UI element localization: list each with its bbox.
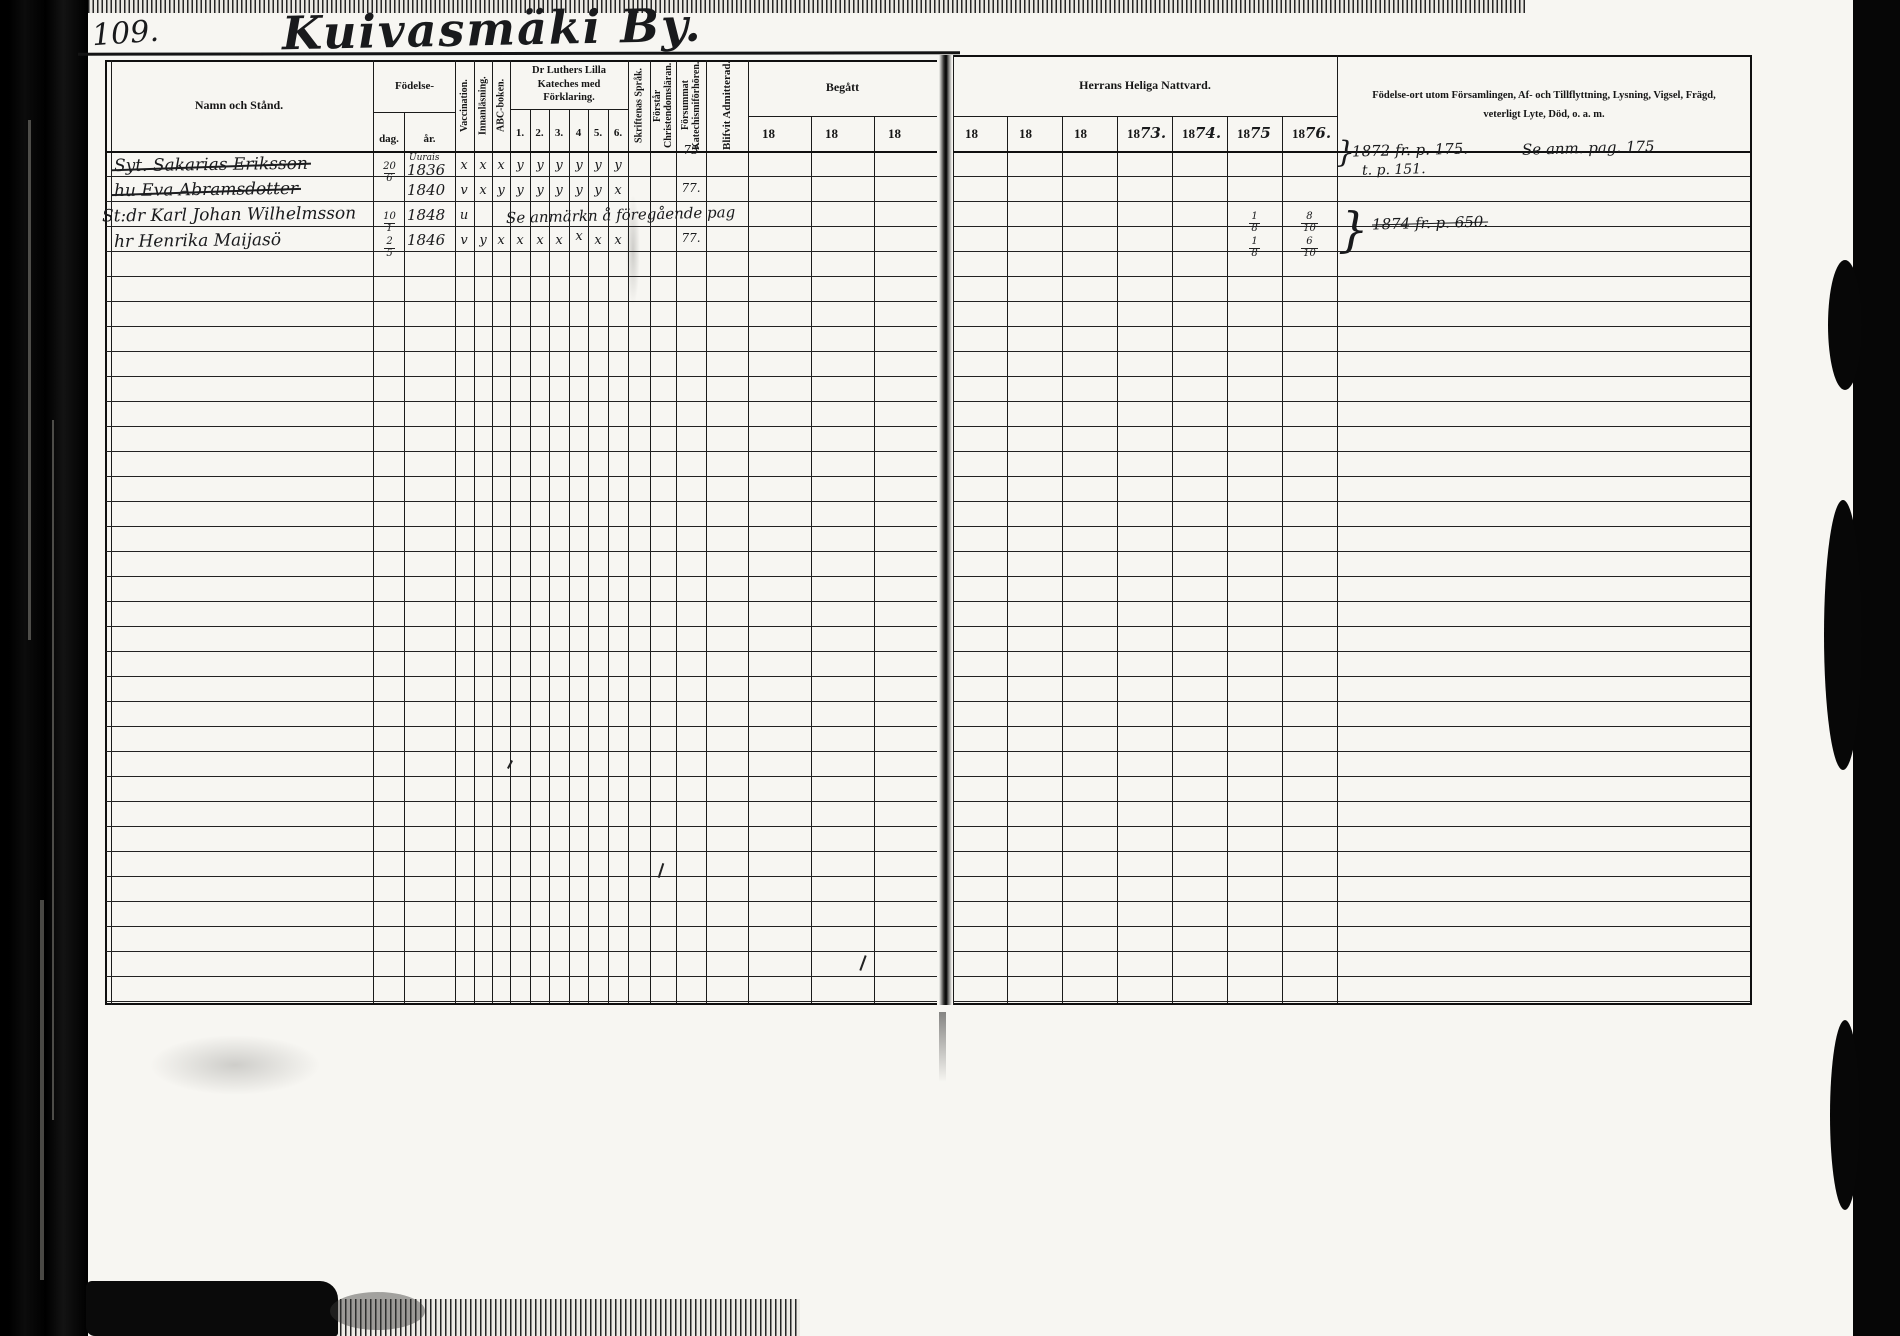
check-mark: v [457, 183, 471, 198]
check-mark: y [494, 183, 508, 198]
header-abc-boken: ABC-boken. [492, 60, 510, 151]
written-year: 74. [1195, 124, 1221, 144]
annotation-from-page: 1872 fr. p. 175. [1352, 139, 1469, 160]
annotation-brace: } [1338, 199, 1369, 261]
header-begatt-year-1: 18 [748, 117, 811, 151]
forsummat-note: 77. [676, 181, 706, 195]
header-fodelseort: Födelse-ort utom Församlingen, Af- och T… [1338, 60, 1750, 151]
printed-18: 18 [1127, 126, 1140, 143]
header-skriftenas-sprak: Skriftenas Språk. [628, 60, 650, 151]
row-name: hu Eva Abramsdotter [114, 180, 298, 200]
check-mark: x [476, 183, 490, 198]
header-nattvard-year-7: 1876. [1282, 117, 1337, 151]
row-birth-year: 1836 [407, 161, 445, 179]
header-blifvit-admitterad: Blifvit Admitterad. [706, 60, 748, 151]
header-nattvard-year-1: 18 [953, 117, 1007, 151]
check-mark: y [513, 183, 527, 198]
check-mark: y [533, 158, 547, 173]
pencil-smudge [150, 1035, 320, 1095]
printed-18: 18 [1237, 126, 1250, 143]
header-nattvard-year-2: 18 [1007, 117, 1062, 151]
binding-gutter [939, 55, 952, 1005]
check-mark: x [552, 233, 566, 248]
table-rule [105, 1003, 937, 1005]
header-kateches-4: 4 [569, 115, 588, 151]
scan-smear-bottom-left [86, 1281, 338, 1336]
header-begatt-year-2: 18 [811, 117, 874, 151]
row-birth-day: 206 [376, 154, 403, 184]
scan-edge-left [0, 0, 88, 1336]
header-namn: Namn och Stånd. [106, 60, 372, 151]
annotation-to-page: t. p. 151. [1362, 161, 1426, 179]
header-vaccination: Vaccination. [455, 60, 474, 151]
scan-streak [52, 420, 54, 1120]
scan-streak [28, 120, 31, 640]
header-kateches-3: 3. [549, 115, 569, 151]
header-nattvard-year-5: 1874. [1172, 117, 1227, 151]
scan-streak [40, 900, 44, 1280]
check-mark: x [476, 158, 490, 173]
printed-18: 18 [1292, 126, 1305, 143]
check-mark: y [476, 233, 490, 248]
row-name: St:dr Karl Johan Wilhelmsson [102, 205, 356, 225]
header-nattvard-year-6: 1875 [1227, 117, 1282, 151]
check-mark: x [457, 158, 471, 173]
annotation-see-note: Se anm. pag. 175 [1522, 137, 1655, 158]
ledger-table: Namn och Stånd. Födelse- dag. år. Vaccin… [98, 55, 1758, 1013]
binding-gutter-tail [939, 1012, 946, 1082]
header-forstar-christendomslaran: Förstår Christendomsläran. [650, 60, 676, 151]
scanned-church-record-page: 109. Kuivasmäki By. [0, 0, 1900, 1336]
check-mark: y [591, 183, 605, 198]
header-nattvard-year-3: 18 [1062, 117, 1117, 151]
check-mark: x [611, 233, 625, 248]
check-mark: v [457, 233, 471, 248]
header-innanlasning: Innanläsning. [474, 60, 492, 151]
check-mark: x [611, 183, 625, 198]
table-rule [1750, 55, 1752, 1005]
annotation-from-page-struck: 1874 fr. p. 650. [1372, 212, 1489, 233]
header-kateches-2: 2. [530, 115, 549, 151]
nattvard-1876: 610 [1282, 229, 1337, 259]
scan-smear-bottom-left2 [330, 1292, 425, 1330]
check-mark: y [552, 183, 566, 198]
written-year: 76. [1305, 124, 1331, 144]
header-begatt: Begått [748, 60, 937, 116]
row-lines-right [954, 152, 1750, 1003]
header-forsummat-katechismiforhoren: Försummat Katechismiförhören. [676, 60, 706, 151]
check-mark: x [494, 233, 508, 248]
ink-blob [1828, 260, 1862, 390]
check-mark: u [457, 208, 471, 223]
page-number: 109. [91, 14, 160, 54]
ink-blob [1830, 1020, 1860, 1210]
table-rule [953, 1003, 1752, 1005]
check-mark: y [513, 158, 527, 173]
check-mark: y [552, 158, 566, 173]
header-kateches-1: 1. [510, 115, 530, 151]
printed-18: 18 [1182, 126, 1195, 143]
ink-blob [1824, 500, 1862, 770]
header-kateches-5: 5. [588, 115, 608, 151]
header-begatt-year-3: 18 [874, 117, 937, 151]
row-lines-left [106, 152, 937, 1003]
row-birth-year: 1848 [407, 206, 445, 224]
check-mark: x [494, 158, 508, 173]
check-mark: y [533, 183, 547, 198]
header-kateches: Dr Luthers Lilla Kateches med Förklaring… [511, 61, 627, 108]
forsummat-note: 73 [676, 143, 706, 157]
row-birth-year: 1846 [407, 231, 445, 249]
header-fodelse: Födelse- [374, 60, 455, 112]
row-birth-day: 25 [376, 229, 403, 259]
check-mark: x [513, 233, 527, 248]
check-mark: y [591, 158, 605, 173]
header-nattvard: Herrans Heliga Nattvard. [953, 55, 1337, 116]
check-mark: x [591, 233, 605, 248]
row-birth-year: 1840 [407, 181, 445, 199]
check-mark: y [572, 183, 586, 198]
header-nattvard-year-4: 1873. [1117, 117, 1172, 151]
check-mark: y [572, 158, 586, 173]
check-mark: x [533, 233, 547, 248]
row-name: hr Henrika Maijasö [114, 231, 281, 251]
row-name: Syt. Sakarias Eriksson [114, 155, 308, 175]
nattvard-1875: 18 [1227, 229, 1282, 259]
ink-smudge [626, 195, 640, 305]
check-mark: x [572, 229, 586, 244]
check-mark: y [611, 158, 625, 173]
header-rule [510, 109, 628, 110]
written-year: 75 [1250, 124, 1271, 144]
header-dag: dag. [374, 113, 404, 151]
written-year: 73. [1140, 124, 1166, 144]
header-kateches-6: 6. [608, 115, 628, 151]
forsummat-note: 77. [676, 231, 706, 245]
header-ar: år. [404, 113, 455, 151]
